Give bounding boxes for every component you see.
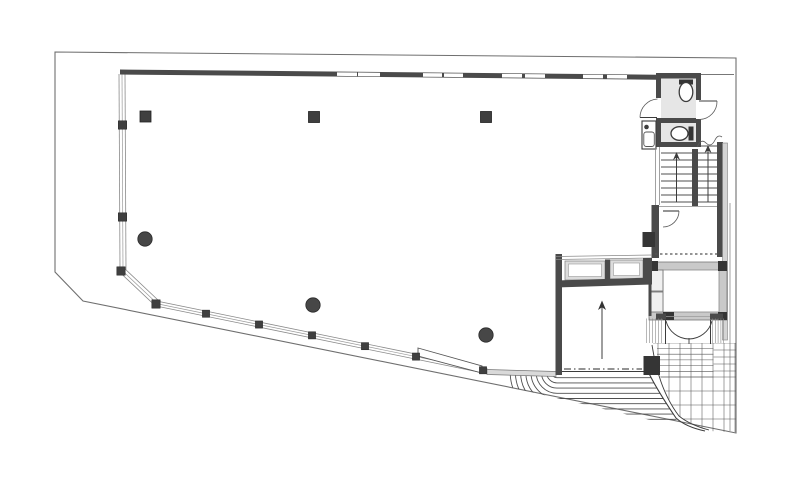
column-round (479, 328, 493, 342)
mullion-block (479, 367, 486, 374)
mullion-block (361, 343, 368, 350)
column-square (481, 112, 492, 123)
structural-columns (138, 111, 493, 342)
entry-step (541, 373, 704, 389)
kitchenette-sink (642, 121, 656, 149)
duct-block (643, 232, 656, 247)
column-square (309, 112, 320, 123)
property-boundary (55, 52, 736, 433)
shaft-cell (650, 292, 663, 312)
mullion-block (118, 121, 126, 129)
column-round (138, 232, 152, 246)
entry-landing-band (487, 370, 556, 377)
entry-step (510, 373, 704, 420)
stair-treads (661, 146, 718, 202)
stairwell (656, 136, 724, 257)
tap-icon (644, 125, 649, 130)
stair-landing (643, 205, 719, 258)
entrance-hall (556, 254, 661, 375)
entry-steps (510, 373, 704, 420)
mullion-block (255, 321, 262, 328)
mullion-block (412, 353, 419, 360)
column-square (140, 111, 151, 122)
mullion-block (308, 332, 315, 339)
hall-right-wall (649, 282, 652, 316)
entrance-direction-arrow (598, 301, 606, 360)
elevator-cab (663, 270, 719, 312)
mullion-block (117, 267, 125, 275)
mullion-block (202, 310, 209, 317)
entrance-left-wall (556, 254, 563, 375)
mullion-block (118, 213, 126, 221)
curtain-wall-left (119, 74, 126, 271)
top-facade-wall (120, 70, 678, 80)
entrance-clerestory-band (556, 255, 652, 288)
elevator (649, 261, 727, 320)
entry-step (531, 373, 704, 399)
toilet-lower (671, 127, 694, 141)
entry-steps-edges (487, 370, 705, 432)
stair-up-arrow-right (705, 145, 712, 202)
column-round (306, 298, 320, 312)
landing-door (663, 211, 679, 227)
scanned-floor-plan-page (0, 0, 787, 478)
floor-plan-drawing (0, 0, 787, 478)
stair-up-arrow-left (673, 152, 680, 202)
wc-door-left (640, 99, 658, 118)
mullion-block (152, 300, 160, 308)
toilet-upper (679, 80, 693, 102)
wc-door-right (699, 101, 717, 120)
entrance-corner-column (644, 356, 661, 375)
